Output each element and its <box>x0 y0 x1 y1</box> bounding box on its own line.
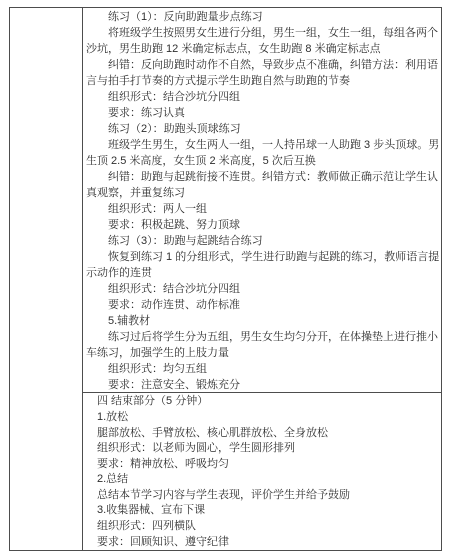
text-line: 示动作的连贯 <box>86 265 439 281</box>
text-line: 言与拍手打节奏的方式提示学生助跑自然与助跑的节奏 <box>86 73 439 89</box>
text-line: 沙坑，男生助跑 12 米确定标志点，女生助跑 8 米确定标志点 <box>86 41 439 57</box>
text-line: 练习过后将学生分为五组，男生女生均匀分开，在体操垫上进行推小 <box>86 329 439 345</box>
text-line: 四 结束部分（5 分钟） <box>97 394 439 410</box>
table-right-column: 练习（1）：反向助跑量步点练习将班级学生按照男女生进行分组，男生一组，女生一组，… <box>83 8 441 550</box>
text-line: 组织形式：均匀五组 <box>86 361 439 377</box>
text-line: 真观察，并重复练习 <box>86 185 439 201</box>
text-line: 纠错：助跑与起跳衔接不连贯。纠错方式：教师做正确示范让学生认 <box>86 169 439 185</box>
text-line: 2.总结 <box>97 472 439 488</box>
document-page: 练习（1）：反向助跑量步点练习将班级学生按照男女生进行分组，男生一组，女生一组，… <box>0 0 454 559</box>
text-line: 组织形式：四列横队 <box>97 519 439 535</box>
practice-section-cell: 练习（1）：反向助跑量步点练习将班级学生按照男女生进行分组，男生一组，女生一组，… <box>83 8 441 393</box>
text-line: 要求：练习认真 <box>86 105 439 121</box>
text-line: 要求：注意安全、锻炼充分 <box>86 377 439 393</box>
lesson-plan-table: 练习（1）：反向助跑量步点练习将班级学生按照男女生进行分组，男生一组，女生一组，… <box>9 7 442 551</box>
text-line: 3.收集器械、宣布下课 <box>97 503 439 519</box>
text-line: 组织形式：以老师为圆心，学生圆形排列 <box>97 441 439 457</box>
text-line: 要求：精神放松、呼吸均匀 <box>97 457 439 473</box>
text-line: 组织形式：结合沙坑分四组 <box>86 281 439 297</box>
table-left-column-cell <box>10 8 83 550</box>
text-line: 恢复到练习 1 的分组形式，学生进行助跑与起跳的练习，教师语言提 <box>86 249 439 265</box>
text-line: 要求：回顾知识、遵守纪律 <box>97 535 439 550</box>
text-line: 班级学生男生，女生两人一组，一人持吊球一人助跑 3 步头顶球。男 <box>86 137 439 153</box>
closing-section-cell: 四 结束部分（5 分钟）1.放松腿部放松、手臂放松、核心肌群放松、全身放松组织形… <box>83 393 441 550</box>
text-line: 5.辅教材 <box>86 313 439 329</box>
text-line: 要求：积极起跳、努力顶球 <box>86 217 439 233</box>
text-line: 总结本节学习内容与学生表现，评价学生并给予鼓励 <box>97 488 439 504</box>
text-line: 车练习，加强学生的上肢力量 <box>86 345 439 361</box>
text-line: 练习（3）：助跑与起跳结合练习 <box>86 233 439 249</box>
text-line: 组织形式：结合沙坑分四组 <box>86 89 439 105</box>
text-line: 腿部放松、手臂放松、核心肌群放松、全身放松 <box>97 426 439 442</box>
text-line: 纠错：反向助跑时动作不自然，导致步点不准确，纠错方法：利用语 <box>86 57 439 73</box>
text-line: 练习（2）：助跑头顶球练习 <box>86 121 439 137</box>
text-line: 要求：动作连贯、动作标准 <box>86 297 439 313</box>
text-line: 组织形式：两人一组 <box>86 201 439 217</box>
text-line: 练习（1）：反向助跑量步点练习 <box>86 9 439 25</box>
text-line: 生顶 2.5 米高度，女生顶 2 米高度，5 次后互换 <box>86 153 439 169</box>
text-line: 将班级学生按照男女生进行分组，男生一组，女生一组，每组各两个 <box>86 25 439 41</box>
text-line: 1.放松 <box>97 410 439 426</box>
